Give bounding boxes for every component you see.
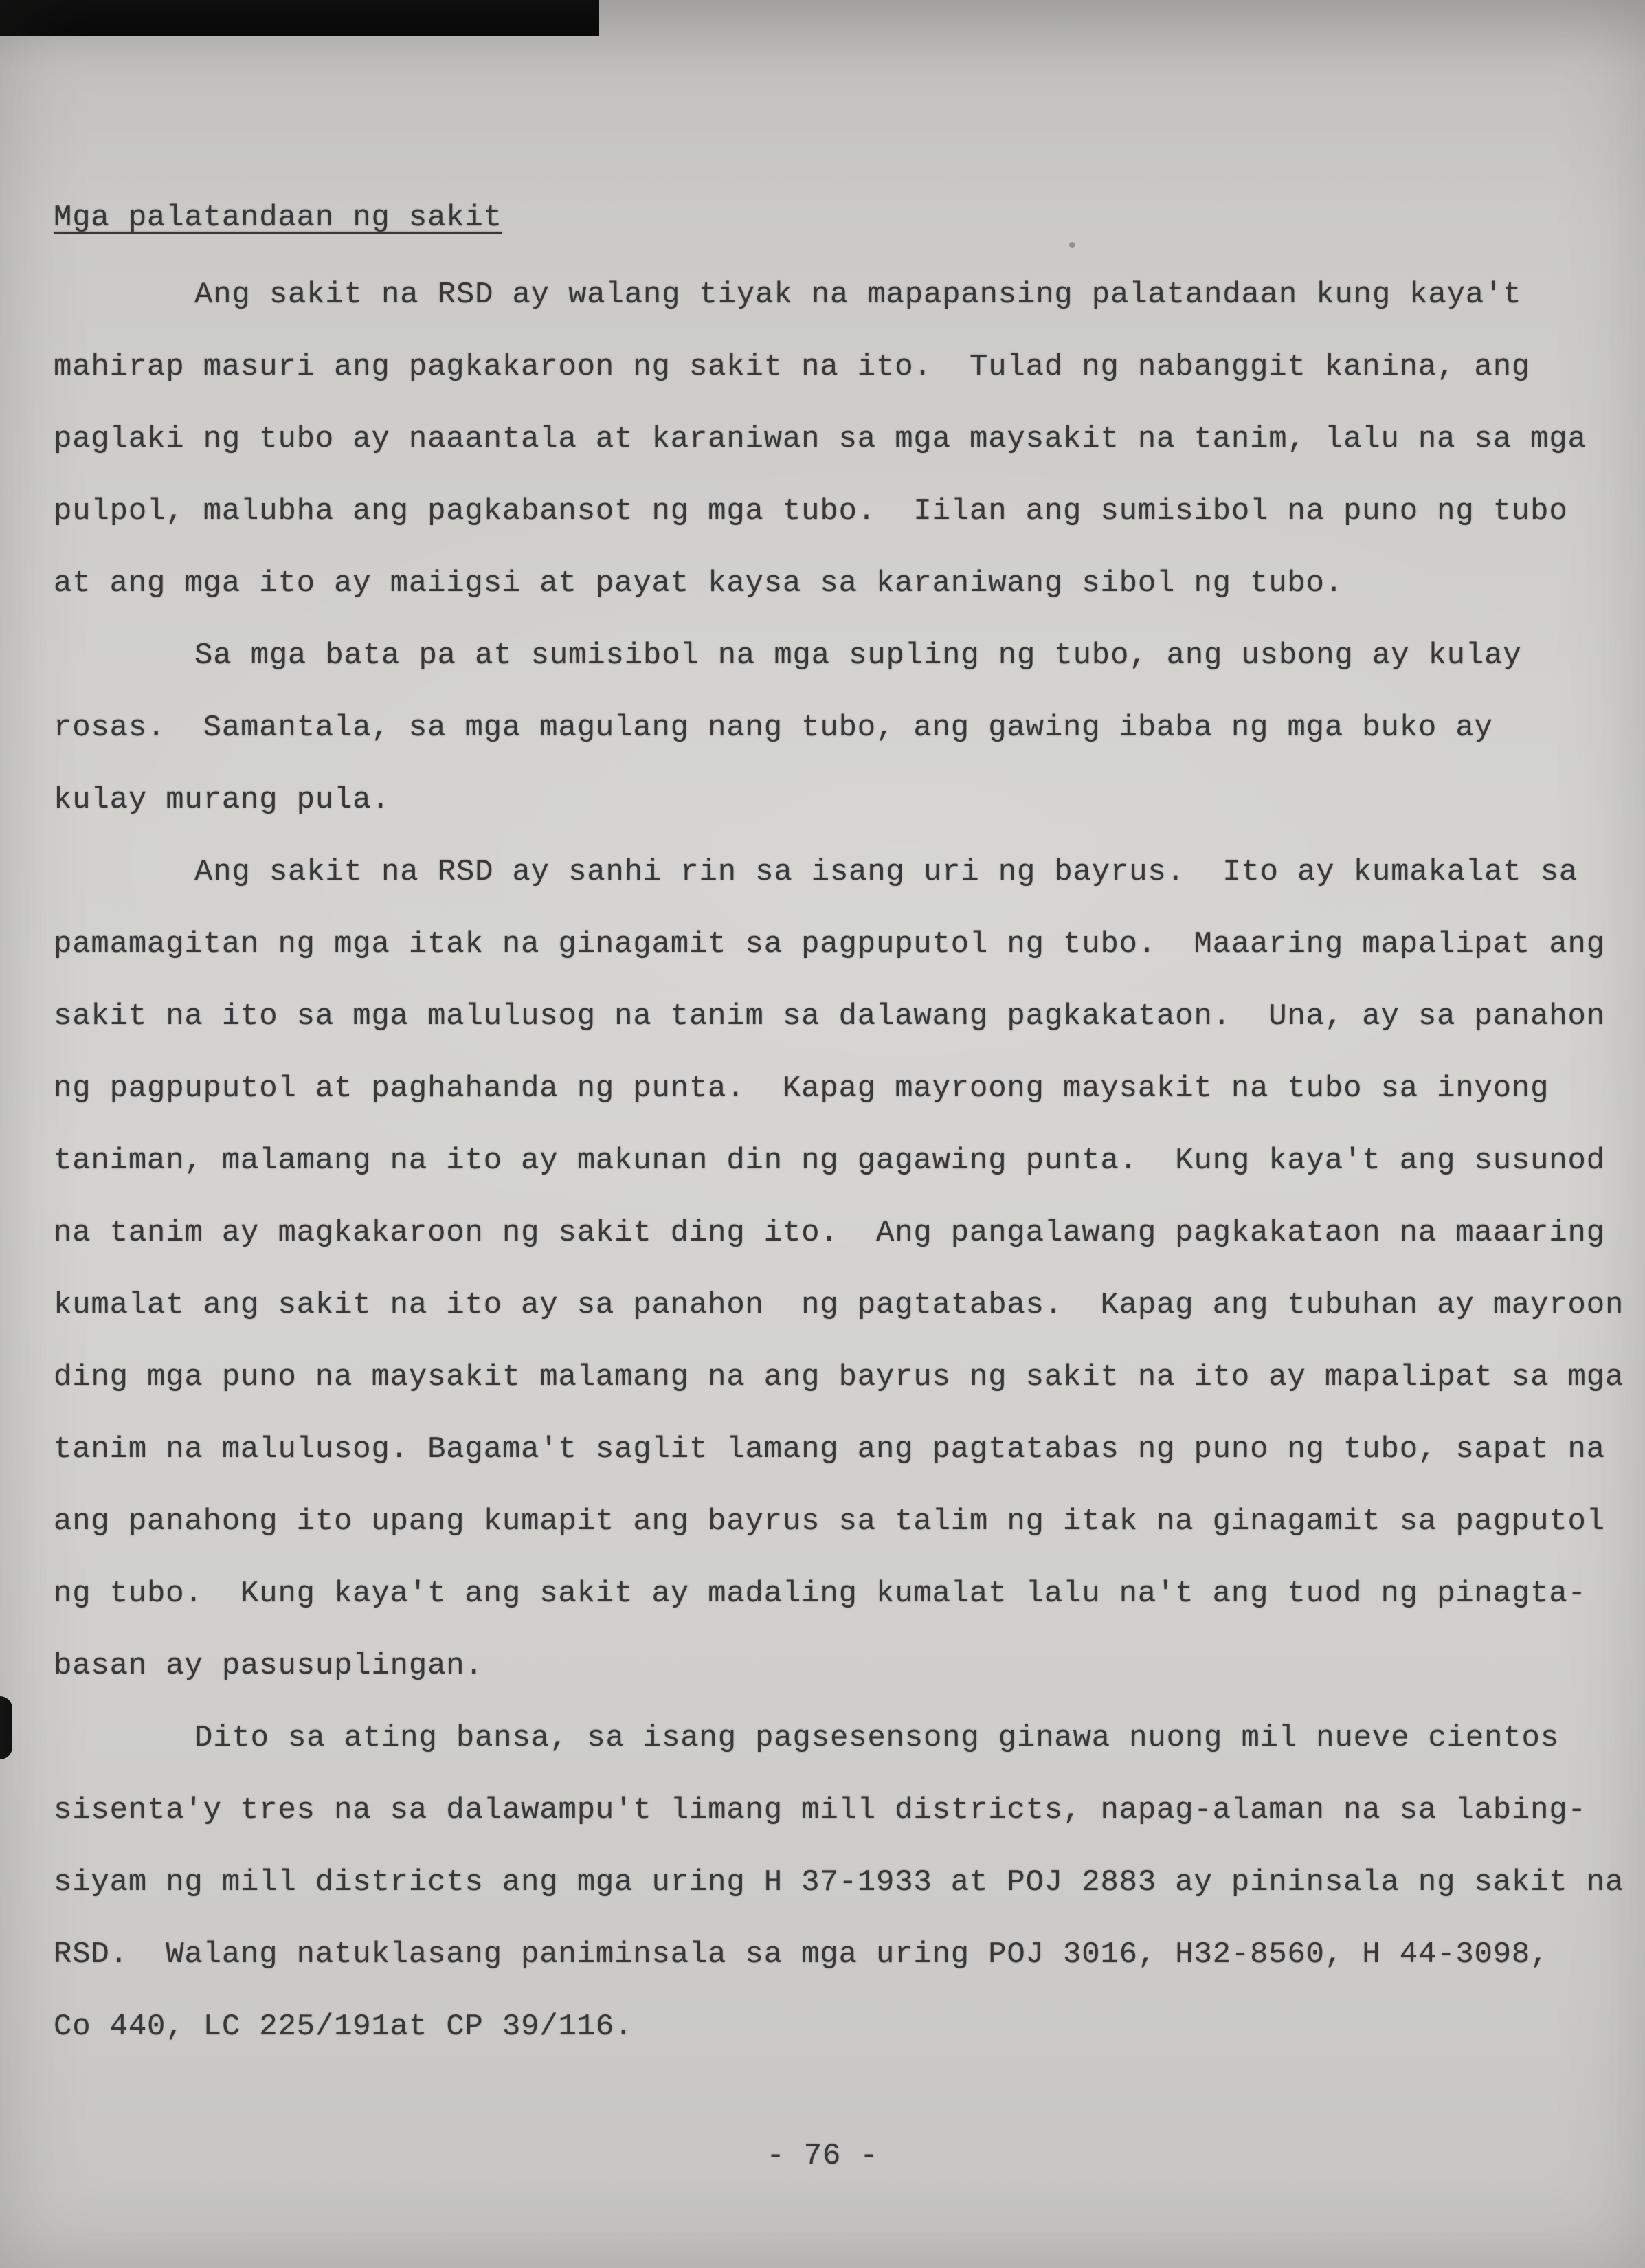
text-line: Sa mga bata pa at sumisibol na mga supli… bbox=[54, 638, 1634, 711]
section-heading: Mga palatandaan ng sakit bbox=[54, 201, 502, 235]
text-line: at ang mga ito ay maiigsi at payat kaysa… bbox=[54, 566, 1634, 638]
document-body: Mga palatandaan ng sakit Ang sakit na RS… bbox=[54, 201, 1634, 2082]
text-line: ding mga puno na maysakit malamang na an… bbox=[54, 1360, 1634, 1432]
text-line: ng pagpuputol at paghahanda ng punta. Ka… bbox=[54, 1071, 1634, 1144]
scanned-document-page: Mga palatandaan ng sakit Ang sakit na RS… bbox=[0, 0, 1645, 2268]
text-line: Co 440, LC 225/191at CP 39/116. bbox=[54, 2010, 1634, 2082]
scan-artifact-top-bar bbox=[0, 0, 599, 36]
text-line: Ang sakit na RSD ay walang tiyak na mapa… bbox=[54, 278, 1634, 350]
scan-artifact-left-blob bbox=[0, 1696, 12, 1759]
text-line: mahirap masuri ang pagkakaroon ng sakit … bbox=[54, 350, 1634, 422]
text-line: sisenta'y tres na sa dalawampu't limang … bbox=[54, 1793, 1634, 1865]
text-line: paglaki ng tubo ay naaantala at karaniwa… bbox=[54, 422, 1634, 494]
text-line: siyam ng mill districts ang mga uring H … bbox=[54, 1865, 1634, 1937]
text-line: kulay murang pula. bbox=[54, 783, 1634, 855]
text-line: pamamagitan ng mga itak na ginagamit sa … bbox=[54, 927, 1634, 999]
text-line: ang panahong ito upang kumapit ang bayru… bbox=[54, 1504, 1634, 1577]
text-line: pulpol, malubha ang pagkabansot ng mga t… bbox=[54, 494, 1634, 566]
text-line: ng tubo. Kung kaya't ang sakit ay madali… bbox=[54, 1577, 1634, 1649]
text-line: RSD. Walang natuklasang paniminsala sa m… bbox=[54, 1937, 1634, 2010]
text-line: sakit na ito sa mga malulusog na tanim s… bbox=[54, 999, 1634, 1071]
page-number: - 76 - bbox=[0, 2139, 1645, 2173]
text-line: na tanim ay magkakaroon ng sakit ding it… bbox=[54, 1216, 1634, 1288]
text-line: taniman, malamang na ito ay makunan din … bbox=[54, 1144, 1634, 1216]
text-line: rosas. Samantala, sa mga magulang nang t… bbox=[54, 711, 1634, 783]
text-line: Ang sakit na RSD ay sanhi rin sa isang u… bbox=[54, 855, 1634, 927]
text-line: kumalat ang sakit na ito ay sa panahon n… bbox=[54, 1288, 1634, 1360]
text-line: basan ay pasusuplingan. bbox=[54, 1649, 1634, 1721]
text-line: Dito sa ating bansa, sa isang pagsesenso… bbox=[54, 1721, 1634, 1793]
text-line: tanim na malulusog. Bagama't saglit lama… bbox=[54, 1432, 1634, 1504]
